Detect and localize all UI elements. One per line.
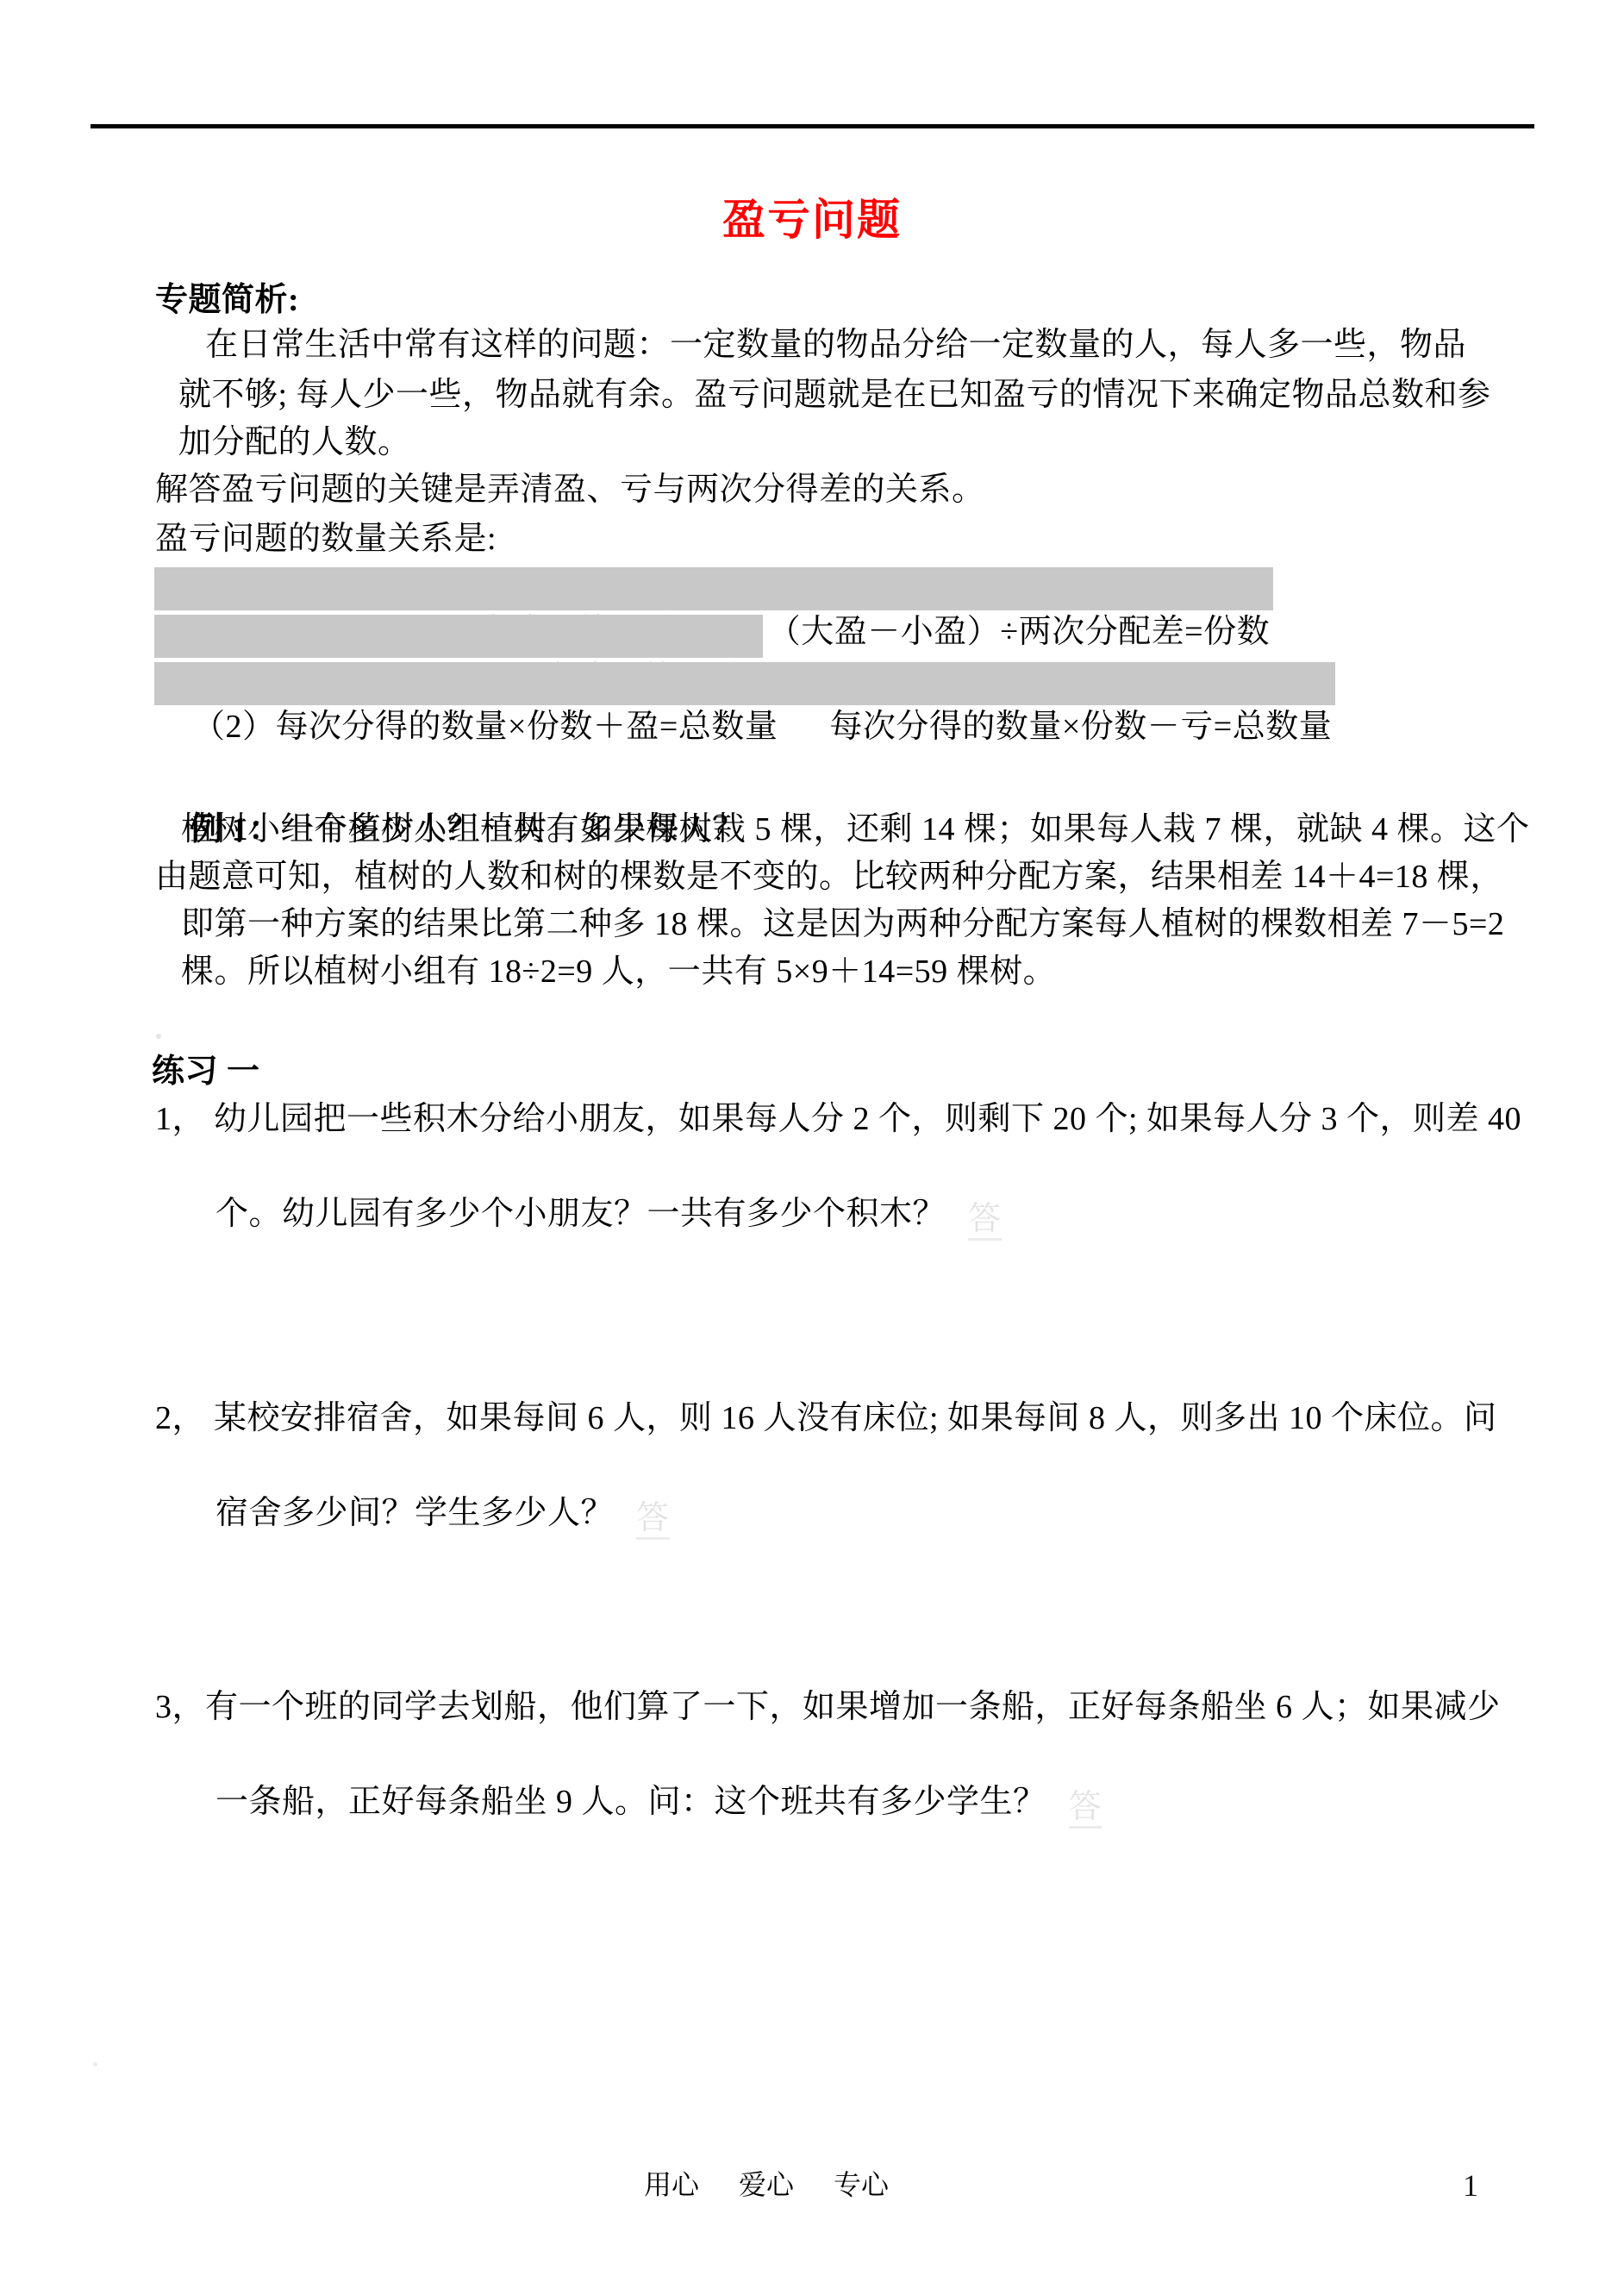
formula-highlight-row2: （大亏－小亏）÷两次分配差=份数 (154, 615, 763, 658)
question-line: 一条船，正好每条船坐 9 人。问：这个班共有多少学生？答 (181, 1731, 1102, 1873)
formula-row3-right: 每次分得的数量×份数－亏=总数量 (829, 709, 1332, 745)
formula-highlight-row1: （1）（盈＋亏）÷两次分配差=份数（大盈－小盈）÷两次分配差=份数 (154, 567, 1273, 610)
relation-heading: 盈亏问题的数量关系是: (155, 516, 497, 563)
question-text: 宿舍多少间？学生多少人？ (215, 1495, 614, 1531)
section-heading-intro: 专题简析: (155, 277, 299, 324)
top-rule (91, 124, 1534, 128)
example-solution-line: 即第一种方案的结果比第二种多 18 棵。这是因为两种分配方案每人植树的棵数相差 … (181, 901, 1504, 948)
question-line: 宿舍多少间？学生多少人？答 (181, 1442, 670, 1585)
question-line: 2， 某校安排宿舍，如果每间 6 人，则 16 人没有床位; 如果每间 8 人，… (155, 1395, 1497, 1442)
document-page: 盈亏问题 专题简析: 在日常生活中常有这样的问题：一定数量的物品分给一定数量的人… (0, 0, 1624, 2295)
intro-paragraph-line: 就不够; 每人少一些，物品就有余。盈亏问题就是在已知盈亏的情况下来确定物品总数和… (178, 372, 1491, 419)
example-solution-line: 棵。所以植树小组有 18÷2=9 人，一共有 5×9＋14=59 棵树。 (181, 948, 1056, 996)
question-line: 1， 幼儿园把一些积木分给小朋友，如果每人分 2 个，则剩下 20 个; 如果每… (155, 1096, 1521, 1143)
footer-word: 用心 (644, 2166, 699, 2204)
practice-heading: 练习 一 (152, 1048, 260, 1096)
formula-row3-left: （2）每次分得的数量×份数＋盈=总数量 (192, 709, 778, 745)
intro-key-line: 解答盈亏问题的关键是弄清盈、亏与两次分得差的关系。 (155, 466, 985, 514)
example-solution-line: 由题意可知，植树的人数和树的棵数是不变的。比较两种分配方案，结果相差 14＋4=… (155, 854, 1503, 901)
answer-mark: 答 (636, 1499, 670, 1540)
intro-paragraph-line: 在日常生活中常有这样的问题：一定数量的物品分给一定数量的人，每人多一些，物品 (205, 322, 1466, 369)
answer-mark: 答 (968, 1200, 1002, 1241)
smudge-dot (156, 1034, 161, 1039)
footer-word: 专心 (834, 2166, 889, 2204)
example-question-line: 植树小组有多少人？一共有多少棵树？ (181, 806, 746, 854)
footer-word: 爱心 (739, 2166, 794, 2204)
footer-motto: 用心 爱心 专心 (644, 2166, 889, 2204)
answer-mark: 答 (1069, 1788, 1102, 1829)
question-text: 一条船，正好每条船坐 9 人。问：这个班共有多少学生？ (215, 1784, 1046, 1820)
page-title: 盈亏问题 (0, 194, 1624, 246)
question-text: 个。幼儿园有多少个小朋友？一共有多少个积木？ (215, 1196, 946, 1232)
question-line: 个。幼儿园有多少个小朋友？一共有多少个积木？答 (181, 1143, 1002, 1285)
smudge-dot (93, 2062, 97, 2067)
question-line: 3，有一个班的同学去划船，他们算了一下，如果增加一条船，正好每条船坐 6 人；如… (155, 1684, 1501, 1731)
formula-highlight-row3: （2）每次分得的数量×份数＋盈=总数量每次分得的数量×份数－亏=总数量 (154, 662, 1335, 705)
page-number: 1 (1463, 2167, 1478, 2204)
formula-row1-right: （大盈－小盈）÷两次分配差=份数 (768, 614, 1270, 650)
intro-paragraph-line: 加分配的人数。 (178, 419, 411, 466)
